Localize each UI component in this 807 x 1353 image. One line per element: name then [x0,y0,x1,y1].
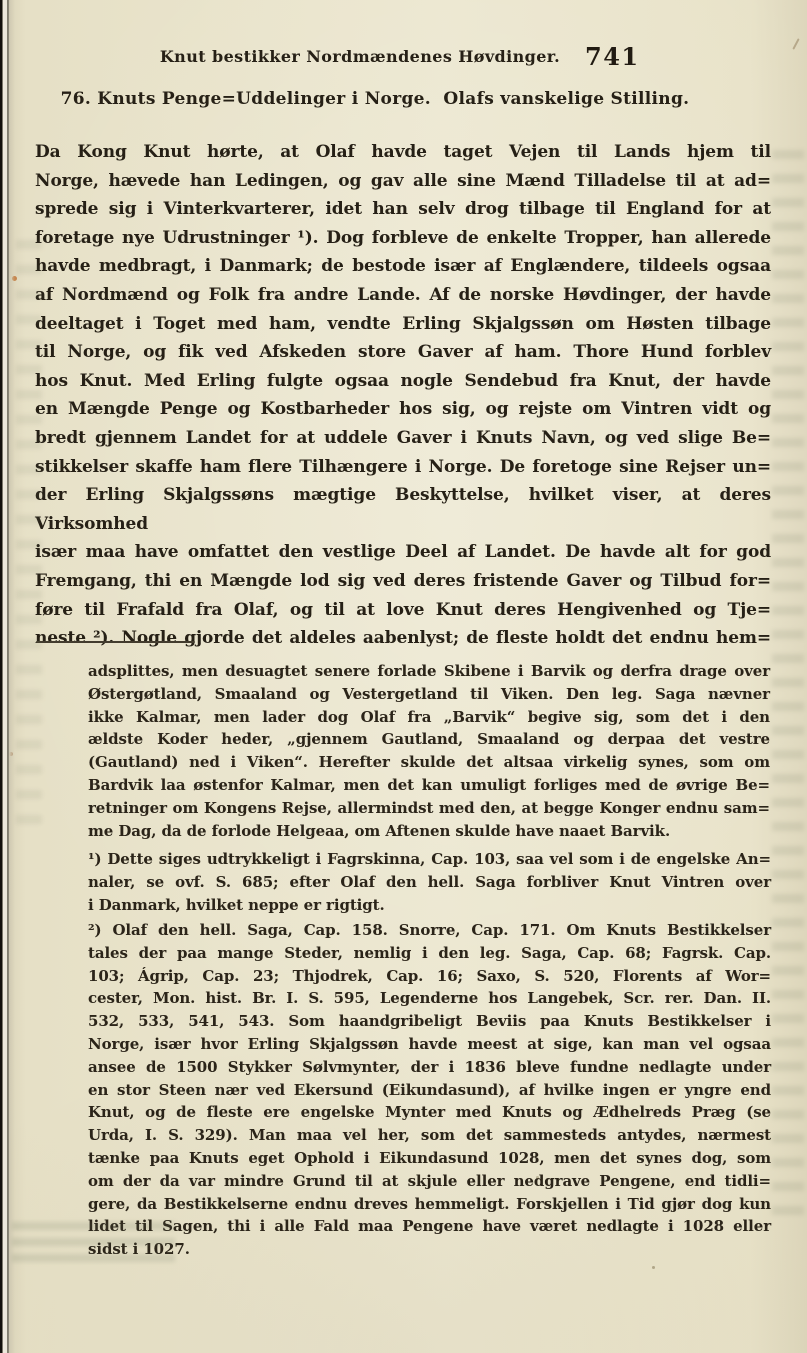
footnote-line: ²) Olaf den hell. Saga, Cap. 158. Snorre… [88,919,771,942]
paper-background: Knut bestikker Nordmændenes Høvdinger. 7… [0,0,807,1353]
print-bleedthrough-right [772,150,804,1230]
scan-gutter-edge [0,0,16,1353]
footnote-2: ²) Olaf den hell. Saga, Cap. 158. Snorre… [60,919,771,1261]
body-text-line: føre til Frafald fra Olaf, og til at lov… [35,596,771,625]
footnote-line: ¹) Dette siges udtrykkeligt i Fagrskinna… [88,848,771,871]
footnote-line: lidet til Sagen, thi i alle Fald maa Pen… [88,1215,771,1238]
body-text: Da Kong Knut hørte, at Olaf havde taget … [35,138,771,653]
body-text-line: stikkelser skaffe ham flere Tilhængere i… [35,453,771,482]
footnote-line: retninger om Kongens Rejse, allermindst … [88,797,770,820]
footnote-1: ¹) Dette siges udtrykkeligt i Fagrskinna… [60,848,771,916]
footnote-line: (Gautland) ned i Viken“. Herefter skulde… [88,751,770,774]
footnote-line: Bardvik laa østenfor Kalmar, men det kan… [88,774,770,797]
footnote-line: Knut, og de fleste ere engelske Mynter m… [88,1101,771,1124]
body-text-line: deeltaget i Toget med ham, vendte Erling… [35,310,771,339]
footnote-line: ældste Koder heder, „gjennem Gautland, S… [88,728,770,751]
paper-speck [652,1266,655,1269]
footnote-line: Østergøtland, Smaaland og Vestergetland … [88,683,770,706]
footnote-line: sidst i 1027. [88,1238,771,1261]
body-text-line: neste ²). Nogle gjorde det aldeles aaben… [35,624,771,653]
body-text-line: til Norge, og fik ved Afskeden store Gav… [35,338,771,367]
body-text-line: sprede sig i Vinterkvarterer, idet han s… [35,195,771,224]
body-text-line: havde medbragt, i Danmark; de bestode is… [35,252,771,281]
footnote-line: tænke paa Knuts eget Ophold i Eikundasun… [88,1147,771,1170]
body-text-line: foretage nye Udrustninger ¹). Dog forble… [35,224,771,253]
page-number: 741 [585,42,640,71]
body-text-line: hos Knut. Med Erling fulgte ogsaa nogle … [35,367,771,396]
footnote-line: ansee de 1500 Stykker Sølvmynter, der i … [88,1056,771,1079]
body-text-line: Da Kong Knut hørte, at Olaf havde taget … [35,138,771,167]
body-text-line: Fremgang, thi en Mængde lod sig ved dere… [35,567,771,596]
footnote-line: adsplittes, men desuagtet senere forlade… [88,660,770,683]
footnote-line: om der da var mindre Grund til at skjule… [88,1170,771,1193]
scanned-book-page: { "colors": { "paper": "#e9e4cc", "ink":… [0,0,807,1353]
section-heading: 76. Knuts Penge=Uddelinger i Norge. Olaf… [0,89,750,109]
footnote-line: ikke Kalmar, men lader dog Olaf fra „Bar… [88,706,770,729]
footnote-line: 103; Ágrip, Cap. 23; Thjodrek, Cap. 16; … [88,965,771,988]
footnote-line: 532, 533, 541, 543. Som haandgribeligt B… [88,1010,771,1033]
body-text-line: bredt gjennem Landet for at uddele Gaver… [35,424,771,453]
footnote-line: naler, se ovf. S. 685; efter Olaf den he… [88,871,771,894]
footnote-line: Norge, især hvor Erling Skjalgssøn havde… [88,1033,771,1056]
footnote-line: cester, Mon. hist. Br. I. S. 595, Legend… [88,987,771,1010]
body-text-line: en Mængde Penge og Kostbarheder hos sig,… [35,395,771,424]
footnote-line: i Danmark, hvilket neppe er rigtigt. [88,894,771,917]
footnote-line: Urda, I. S. 329). Man maa vel her, som d… [88,1124,771,1147]
footnote-separator-rule [36,641,195,643]
body-text-line: især maa have omfattet den vestlige Deel… [35,538,771,567]
body-text-line: der Erling Skjalgssøns mægtige Beskyttel… [35,481,771,538]
paper-speck [792,38,799,50]
footnote-continuation: adsplittes, men desuagtet senere forlade… [88,660,770,842]
running-title: Knut bestikker Nordmændenes Høvdinger. [120,47,600,66]
footnote-line: tales der paa mange Steder, nemlig i den… [88,942,771,965]
footnote-line: me Dag, da de forlode Helgeaa, om Aftene… [88,820,770,843]
body-text-line: af Nordmænd og Folk fra andre Lande. Af … [35,281,771,310]
body-text-line: Norge, hævede han Ledingen, og gav alle … [35,167,771,196]
footnote-line: en stor Steen nær ved Ekersund (Eikundas… [88,1079,771,1102]
footnote-line: gere, da Bestikkelserne endnu dreves hem… [88,1193,771,1216]
